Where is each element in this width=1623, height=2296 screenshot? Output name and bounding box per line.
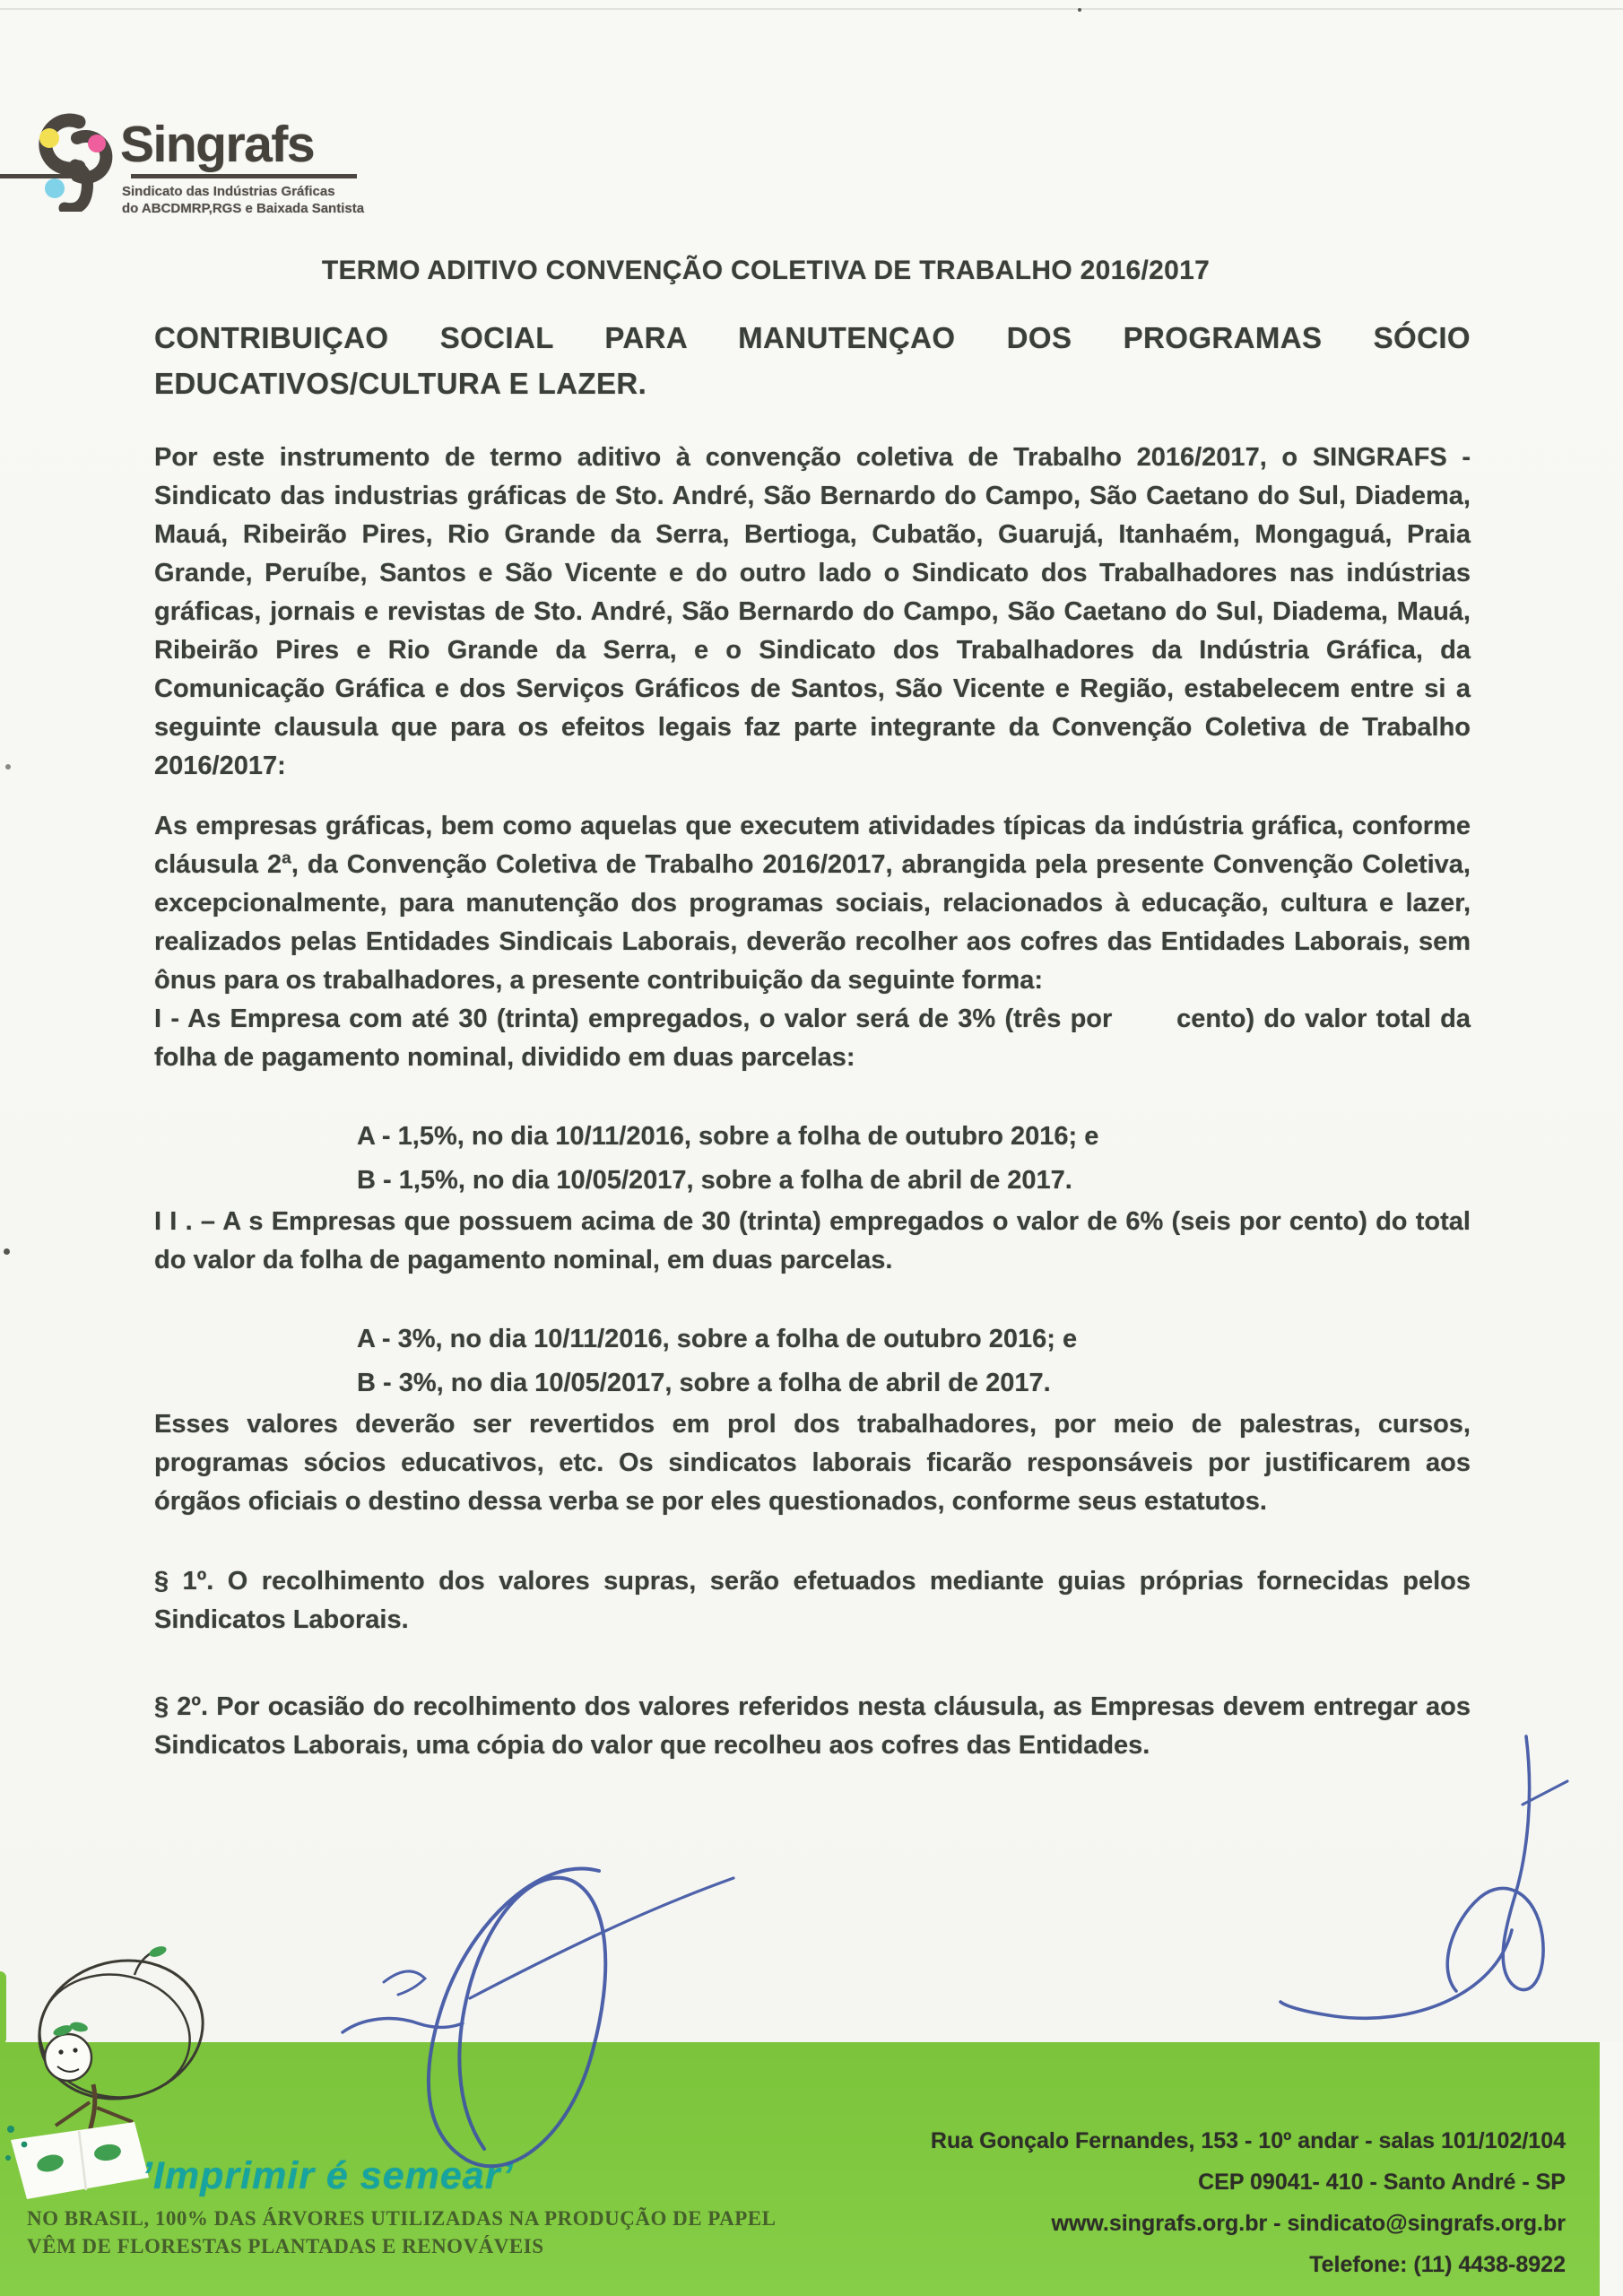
logo-underline-right [131,174,357,178]
document-subtitle-line2: EDUCATIVOS/CULTURA E LAZER. [154,361,1471,406]
scan-speck [4,1248,10,1255]
installment-list-1: A - 1,5%, no dia 10/11/2016, sobre a fol… [357,1115,1471,1203]
logo-wordmark: Singrafs [120,115,314,174]
eco-message: NO BRASIL, 100% DAS ÁRVORES UTILIZADAS N… [27,2205,776,2260]
eco-message-line2: VÊM DE FLORESTAS PLANTADAS E RENOVÁVEIS [27,2232,776,2260]
logo-underline-left [0,174,85,178]
logo-tagline: Sindicato das Indústrias Gráficas do ABC… [122,183,364,217]
paragraph-destination: Esses valores deverão ser revertidos em … [154,1405,1471,1521]
clause-item-2: I I . – A s Empresas que possuem acima d… [154,1203,1471,1280]
section-paragraph-1: § 1º. O recolhimento dos valores supras,… [154,1562,1471,1639]
document-title: TERMO ADITIVO CONVENÇÃO COLETIVA DE TRAB… [108,251,1424,290]
green-edge-sliver [0,1971,6,2045]
eco-message-line1: NO BRASIL, 100% DAS ÁRVORES UTILIZADAS N… [27,2205,776,2232]
scan-speck [1078,8,1081,12]
installment-item-2b: B - 3%, no dia 10/05/2017, sobre a folha… [357,1361,1471,1405]
scan-right-margin [1600,2042,1623,2296]
contact-phone-line: Telefone: (11) 4438-8922 [931,2244,1566,2285]
contact-address-line: Rua Gonçalo Fernandes, 153 - 10º andar -… [931,2120,1566,2161]
signature-ink-right [1280,1736,1567,2018]
logo-tagline-line2: do ABCDMRP,RGS e Baixada Santista [122,200,364,217]
contact-cep-line: CEP 09041- 410 - Santo André - SP [931,2161,1566,2203]
singrafs-logo: Singrafs Sindicato das Indústrias Gráfic… [25,109,402,217]
scan-edge-line [0,8,1623,10]
paragraph-preamble: Por este instrumento de termo aditivo à … [154,439,1471,786]
contact-info: Rua Gonçalo Fernandes, 153 - 10º andar -… [931,2120,1566,2285]
singrafs-logo-mark-icon [25,111,115,212]
scan-speck [5,764,11,770]
installment-item-2a: A - 3%, no dia 10/11/2016, sobre a folha… [357,1318,1471,1361]
contact-web-email-line: www.singrafs.org.br - sindicato@singrafs… [931,2203,1566,2244]
document-body: TERMO ADITIVO CONVENÇÃO COLETIVA DE TRAB… [154,251,1471,1765]
installment-item-1b: B - 1,5%, no dia 10/05/2017, sobre a fol… [357,1159,1471,1203]
clause-item-1: I - As Empresa com até 30 (trinta) empre… [154,1000,1471,1077]
section-paragraph-2: § 2º. Por ocasião do recolhimento dos va… [154,1688,1471,1765]
scanned-document-page: Singrafs Sindicato das Indústrias Gráfic… [0,0,1623,2296]
installment-list-2: A - 3%, no dia 10/11/2016, sobre a folha… [357,1318,1471,1405]
logo-tagline-line1: Sindicato das Indústrias Gráficas [122,183,364,200]
footer-slogan: ’Imprimir é semear’ [142,2154,514,2198]
installment-item-1a: A - 1,5%, no dia 10/11/2016, sobre a fol… [357,1115,1471,1159]
paragraph-clause-intro: As empresas gráficas, bem como aquelas q… [154,807,1471,1000]
document-subtitle-line1: CONTRIBUIÇAO SOCIAL PARA MANUTENÇAO DOS … [154,315,1471,361]
